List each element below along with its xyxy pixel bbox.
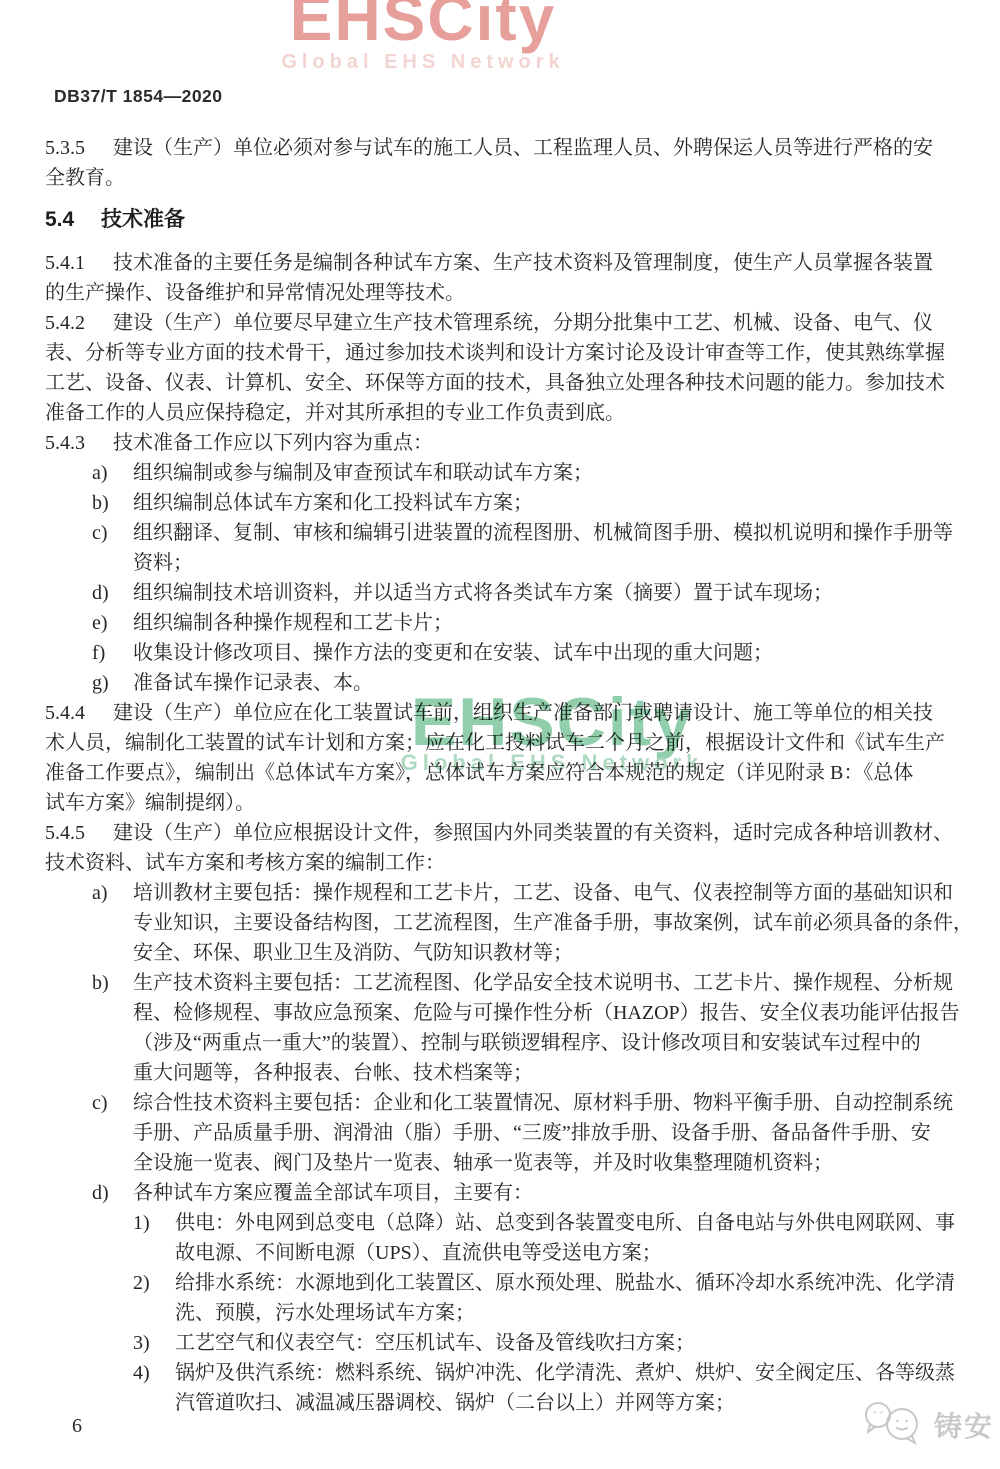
text-line: 3)工艺空气和仪表空气：空压机试车、设备及管线吹扫方案；	[45, 1328, 970, 1358]
line-text: 组织翻译、复制、审核和编辑引进装置的流程图册、机械简图手册、模拟机说明和操作手册…	[133, 522, 953, 544]
line-text: 全教育。	[45, 167, 125, 189]
text-line: 5.4.1技术准备的主要任务是编制各种试车方案、生产技术资料及管理制度，使生产人…	[45, 248, 970, 278]
watermark-top-title: EHSCity	[188, 0, 658, 50]
text-line: 重大问题等，各种报表、台帐、技术档案等；	[45, 1058, 970, 1088]
line-marker: 5.4.1	[45, 248, 113, 278]
text-line: 试车方案》编制提纲）。	[45, 788, 970, 818]
page-number: 6	[72, 1415, 82, 1438]
text-line: 洗、预膜，污水处理场试车方案；	[45, 1298, 970, 1328]
line-text: 准备工作要点》，编制出《总体试车方案》，总体试车方案应符合本规范的规定（详见附录…	[45, 762, 913, 784]
text-line: 全设施一览表、阀门及垫片一览表、轴承一览表等，并及时收集整理随机资料；	[45, 1148, 970, 1178]
line-text: 技术资料、试车方案和考核方案的编制工作：	[45, 852, 445, 874]
text-line: 2)给排水系统：水源地到化工装置区、原水预处理、脱盐水、循环冷却水系统冲洗、化学…	[45, 1268, 970, 1298]
line-text: 收集设计修改项目、操作方法的变更和在安装、试车中出现的重大问题；	[133, 642, 773, 664]
text-line: c)组织翻译、复制、审核和编辑引进装置的流程图册、机械简图手册、模拟机说明和操作…	[45, 518, 970, 548]
text-line: 准备工作要点》，编制出《总体试车方案》，总体试车方案应符合本规范的规定（详见附录…	[45, 758, 970, 788]
wechat-icon	[862, 1398, 926, 1451]
text-line: （涉及“两重点一重大”的装置）、控制与联锁逻辑程序、设计修改项目和安装试车过程中…	[45, 1028, 970, 1058]
line-text: 培训教材主要包括：操作规程和工艺卡片，工艺、设备、电气、仪表控制等方面的基础知识…	[133, 882, 953, 904]
watermark-top: EHSCity Global EHS Network	[188, 0, 658, 72]
text-line: c)综合性技术资料主要包括：企业和化工装置情况、原材料手册、物料平衡手册、自动控…	[45, 1088, 970, 1118]
line-marker: f)	[92, 638, 133, 668]
text-line: 表、分析等专业方面的技术骨干，通过参加技术谈判和设计方案讨论及设计审查等工作，使…	[45, 338, 970, 368]
text-line: 4)锅炉及供汽系统：燃料系统、锅炉冲洗、化学清洗、煮炉、烘炉、安全阀定压、各等级…	[45, 1358, 970, 1388]
line-marker: d)	[92, 1178, 133, 1208]
text-line: 5.4.4建设（生产）单位应在化工装置试车前，组织生产准备部门或聘请设计、施工等…	[45, 698, 970, 728]
text-line: g)准备试车操作记录表、本。	[45, 668, 970, 698]
line-text: 建设（生产）单位应根据设计文件，参照国内外同类装置的有关资料，适时完成各种培训教…	[113, 822, 953, 844]
text-line: b)组织编制总体试车方案和化工投料试车方案；	[45, 488, 970, 518]
line-text: 汽管道吹扫、减温减压器调校、锅炉（二台以上）并网等方案；	[175, 1392, 735, 1414]
line-text: 生产技术资料主要包括：工艺流程图、化学品安全技术说明书、工艺卡片、操作规程、分析…	[133, 972, 953, 994]
line-text: 表、分析等专业方面的技术骨干，通过参加技术谈判和设计方案讨论及设计审查等工作，使…	[45, 342, 945, 364]
line-text: 给排水系统：水源地到化工装置区、原水预处理、脱盐水、循环冷却水系统冲洗、化学清	[175, 1272, 955, 1294]
line-text: 资料；	[133, 552, 193, 574]
text-line: 的生产操作、设备维护和异常情况处理等技术。	[45, 278, 970, 308]
line-marker: b)	[92, 968, 133, 998]
text-line: 工艺、设备、仪表、计算机、安全、环保等方面的技术，具备独立处理各种技术问题的能力…	[45, 368, 970, 398]
line-text: 洗、预膜，污水处理场试车方案；	[175, 1302, 475, 1324]
text-line: 故电源、不间断电源（UPS）、直流供电等受送电方案；	[45, 1238, 970, 1268]
content-lines: 5.3.5建设（生产）单位必须对参与试车的施工人员、工程监理人员、外聘保运人员等…	[45, 133, 970, 1418]
line-text: 建设（生产）单位应在化工装置试车前，组织生产准备部门或聘请设计、施工等单位的相关…	[113, 702, 933, 724]
text-line: a)培训教材主要包括：操作规程和工艺卡片，工艺、设备、电气、仪表控制等方面的基础…	[45, 878, 970, 908]
line-marker: 3)	[133, 1328, 175, 1358]
watermark-top-subtitle: Global EHS Network	[188, 52, 658, 72]
text-line: 5.4.5建设（生产）单位应根据设计文件，参照国内外同类装置的有关资料，适时完成…	[45, 818, 970, 848]
line-marker: 5.4.3	[45, 428, 113, 458]
wechat-badge: 铸安	[862, 1398, 994, 1451]
line-marker: 1)	[133, 1208, 175, 1238]
line-text: 锅炉及供汽系统：燃料系统、锅炉冲洗、化学清洗、煮炉、烘炉、安全阀定压、各等级蒸	[175, 1362, 955, 1384]
text-line: 全教育。	[45, 163, 970, 193]
line-marker: e)	[92, 608, 133, 638]
line-text: 重大问题等，各种报表、台帐、技术档案等；	[133, 1062, 533, 1084]
line-text: 组织编制总体试车方案和化工投料试车方案；	[133, 492, 533, 514]
line-text: 全设施一览表、阀门及垫片一览表、轴承一览表等，并及时收集整理随机资料；	[133, 1152, 833, 1174]
section-heading: 5.4技术准备	[45, 205, 970, 235]
text-line: 术人员，编制化工装置的试车计划和方案；应在化工投料试车二个月之前，根据设计文件和…	[45, 728, 970, 758]
line-text: 的生产操作、设备维护和异常情况处理等技术。	[45, 282, 465, 304]
line-text: 技术准备的主要任务是编制各种试车方案、生产技术资料及管理制度，使生产人员掌握各装…	[113, 252, 933, 274]
line-text: 技术准备工作应以下列内容为重点：	[113, 432, 433, 454]
text-line: 5.3.5建设（生产）单位必须对参与试车的施工人员、工程监理人员、外聘保运人员等…	[45, 133, 970, 163]
line-text: 组织编制或参与编制及审查预试车和联动试车方案；	[133, 462, 593, 484]
line-text: 组织编制技术培训资料，并以适当方式将各类试车方案（摘要）置于试车现场；	[133, 582, 833, 604]
text-line: f)收集设计修改项目、操作方法的变更和在安装、试车中出现的重大问题；	[45, 638, 970, 668]
line-text: 技术准备	[101, 208, 185, 231]
line-text: 专业知识，主要设备结构图，工艺流程图，生产准备手册，事故案例，试车前必须具备的条…	[133, 912, 973, 934]
line-text: 试车方案》编制提纲）。	[45, 792, 255, 814]
line-marker: a)	[92, 878, 133, 908]
text-line: 5.4.2建设（生产）单位要尽早建立生产技术管理系统，分期分批集中工艺、机械、设…	[45, 308, 970, 338]
line-text: 各种试车方案应覆盖全部试车项目，主要有：	[133, 1182, 533, 1204]
line-marker: 5.3.5	[45, 133, 113, 163]
text-line: a)组织编制或参与编制及审查预试车和联动试车方案；	[45, 458, 970, 488]
text-line: 安全、环保、职业卫生及消防、气防知识教材等；	[45, 938, 970, 968]
line-text: 故电源、不间断电源（UPS）、直流供电等受送电方案；	[175, 1242, 662, 1264]
line-marker: 5.4.5	[45, 818, 113, 848]
text-line: 专业知识，主要设备结构图，工艺流程图，生产准备手册，事故案例，试车前必须具备的条…	[45, 908, 970, 938]
line-text: 程、检修规程、事故应急预案、危险与可操作性分析（HAZOP）报告、安全仪表功能评…	[133, 1002, 960, 1024]
line-text: 准备试车操作记录表、本。	[133, 672, 373, 694]
line-marker: 2)	[133, 1268, 175, 1298]
text-line: 5.4.3技术准备工作应以下列内容为重点：	[45, 428, 970, 458]
text-line: e)组织编制各种操作规程和工艺卡片；	[45, 608, 970, 638]
line-marker: d)	[92, 578, 133, 608]
line-marker: c)	[92, 518, 133, 548]
line-text: 建设（生产）单位必须对参与试车的施工人员、工程监理人员、外聘保运人员等进行严格的…	[113, 137, 933, 159]
line-marker: 5.4.2	[45, 308, 113, 338]
line-text: 准备工作的人员应保持稳定，并对其所承担的专业工作负责到底。	[45, 402, 625, 424]
line-text: 工艺、设备、仪表、计算机、安全、环保等方面的技术，具备独立处理各种技术问题的能力…	[45, 372, 945, 394]
text-line: 资料；	[45, 548, 970, 578]
line-text: 供电：外电网到总变电（总降）站、总变到各装置变电所、自备电站与外供电网联网、事	[175, 1212, 955, 1234]
text-line: 程、检修规程、事故应急预案、危险与可操作性分析（HAZOP）报告、安全仪表功能评…	[45, 998, 970, 1028]
line-text: （涉及“两重点一重大”的装置）、控制与联锁逻辑程序、设计修改项目和安装试车过程中…	[133, 1032, 921, 1054]
text-line: 汽管道吹扫、减温减压器调校、锅炉（二台以上）并网等方案；	[45, 1388, 970, 1418]
document-page: { "page": { "doc_code": "DB37/T 1854—202…	[0, 0, 1000, 1469]
text-line: 手册、产品质量手册、润滑油（脂）手册、“三废”排放手册、设备手册、备品备件手册、…	[45, 1118, 970, 1148]
line-marker: g)	[92, 668, 133, 698]
line-marker: 5.4.4	[45, 698, 113, 728]
text-line: d)组织编制技术培训资料，并以适当方式将各类试车方案（摘要）置于试车现场；	[45, 578, 970, 608]
line-marker: a)	[92, 458, 133, 488]
text-line: b)生产技术资料主要包括：工艺流程图、化学品安全技术说明书、工艺卡片、操作规程、…	[45, 968, 970, 998]
text-line: 准备工作的人员应保持稳定，并对其所承担的专业工作负责到底。	[45, 398, 970, 428]
line-text: 手册、产品质量手册、润滑油（脂）手册、“三废”排放手册、设备手册、备品备件手册、…	[133, 1122, 931, 1144]
wechat-label: 铸安	[934, 1405, 994, 1445]
line-text: 建设（生产）单位要尽早建立生产技术管理系统，分期分批集中工艺、机械、设备、电气、…	[113, 312, 933, 334]
line-marker: c)	[92, 1088, 133, 1118]
text-line: 技术资料、试车方案和考核方案的编制工作：	[45, 848, 970, 878]
text-line: 1)供电：外电网到总变电（总降）站、总变到各装置变电所、自备电站与外供电网联网、…	[45, 1208, 970, 1238]
line-text: 综合性技术资料主要包括：企业和化工装置情况、原材料手册、物料平衡手册、自动控制系…	[133, 1092, 953, 1114]
text-line: d)各种试车方案应覆盖全部试车项目，主要有：	[45, 1178, 970, 1208]
line-text: 安全、环保、职业卫生及消防、气防知识教材等；	[133, 942, 573, 964]
doc-code: DB37/T 1854—2020	[54, 86, 223, 107]
line-text: 工艺空气和仪表空气：空压机试车、设备及管线吹扫方案；	[175, 1332, 695, 1354]
line-marker: 4)	[133, 1358, 175, 1388]
line-text: 术人员，编制化工装置的试车计划和方案；应在化工投料试车二个月之前，根据设计文件和…	[45, 732, 945, 754]
line-marker: 5.4	[45, 205, 101, 235]
line-text: 组织编制各种操作规程和工艺卡片；	[133, 612, 453, 634]
line-marker: b)	[92, 488, 133, 518]
